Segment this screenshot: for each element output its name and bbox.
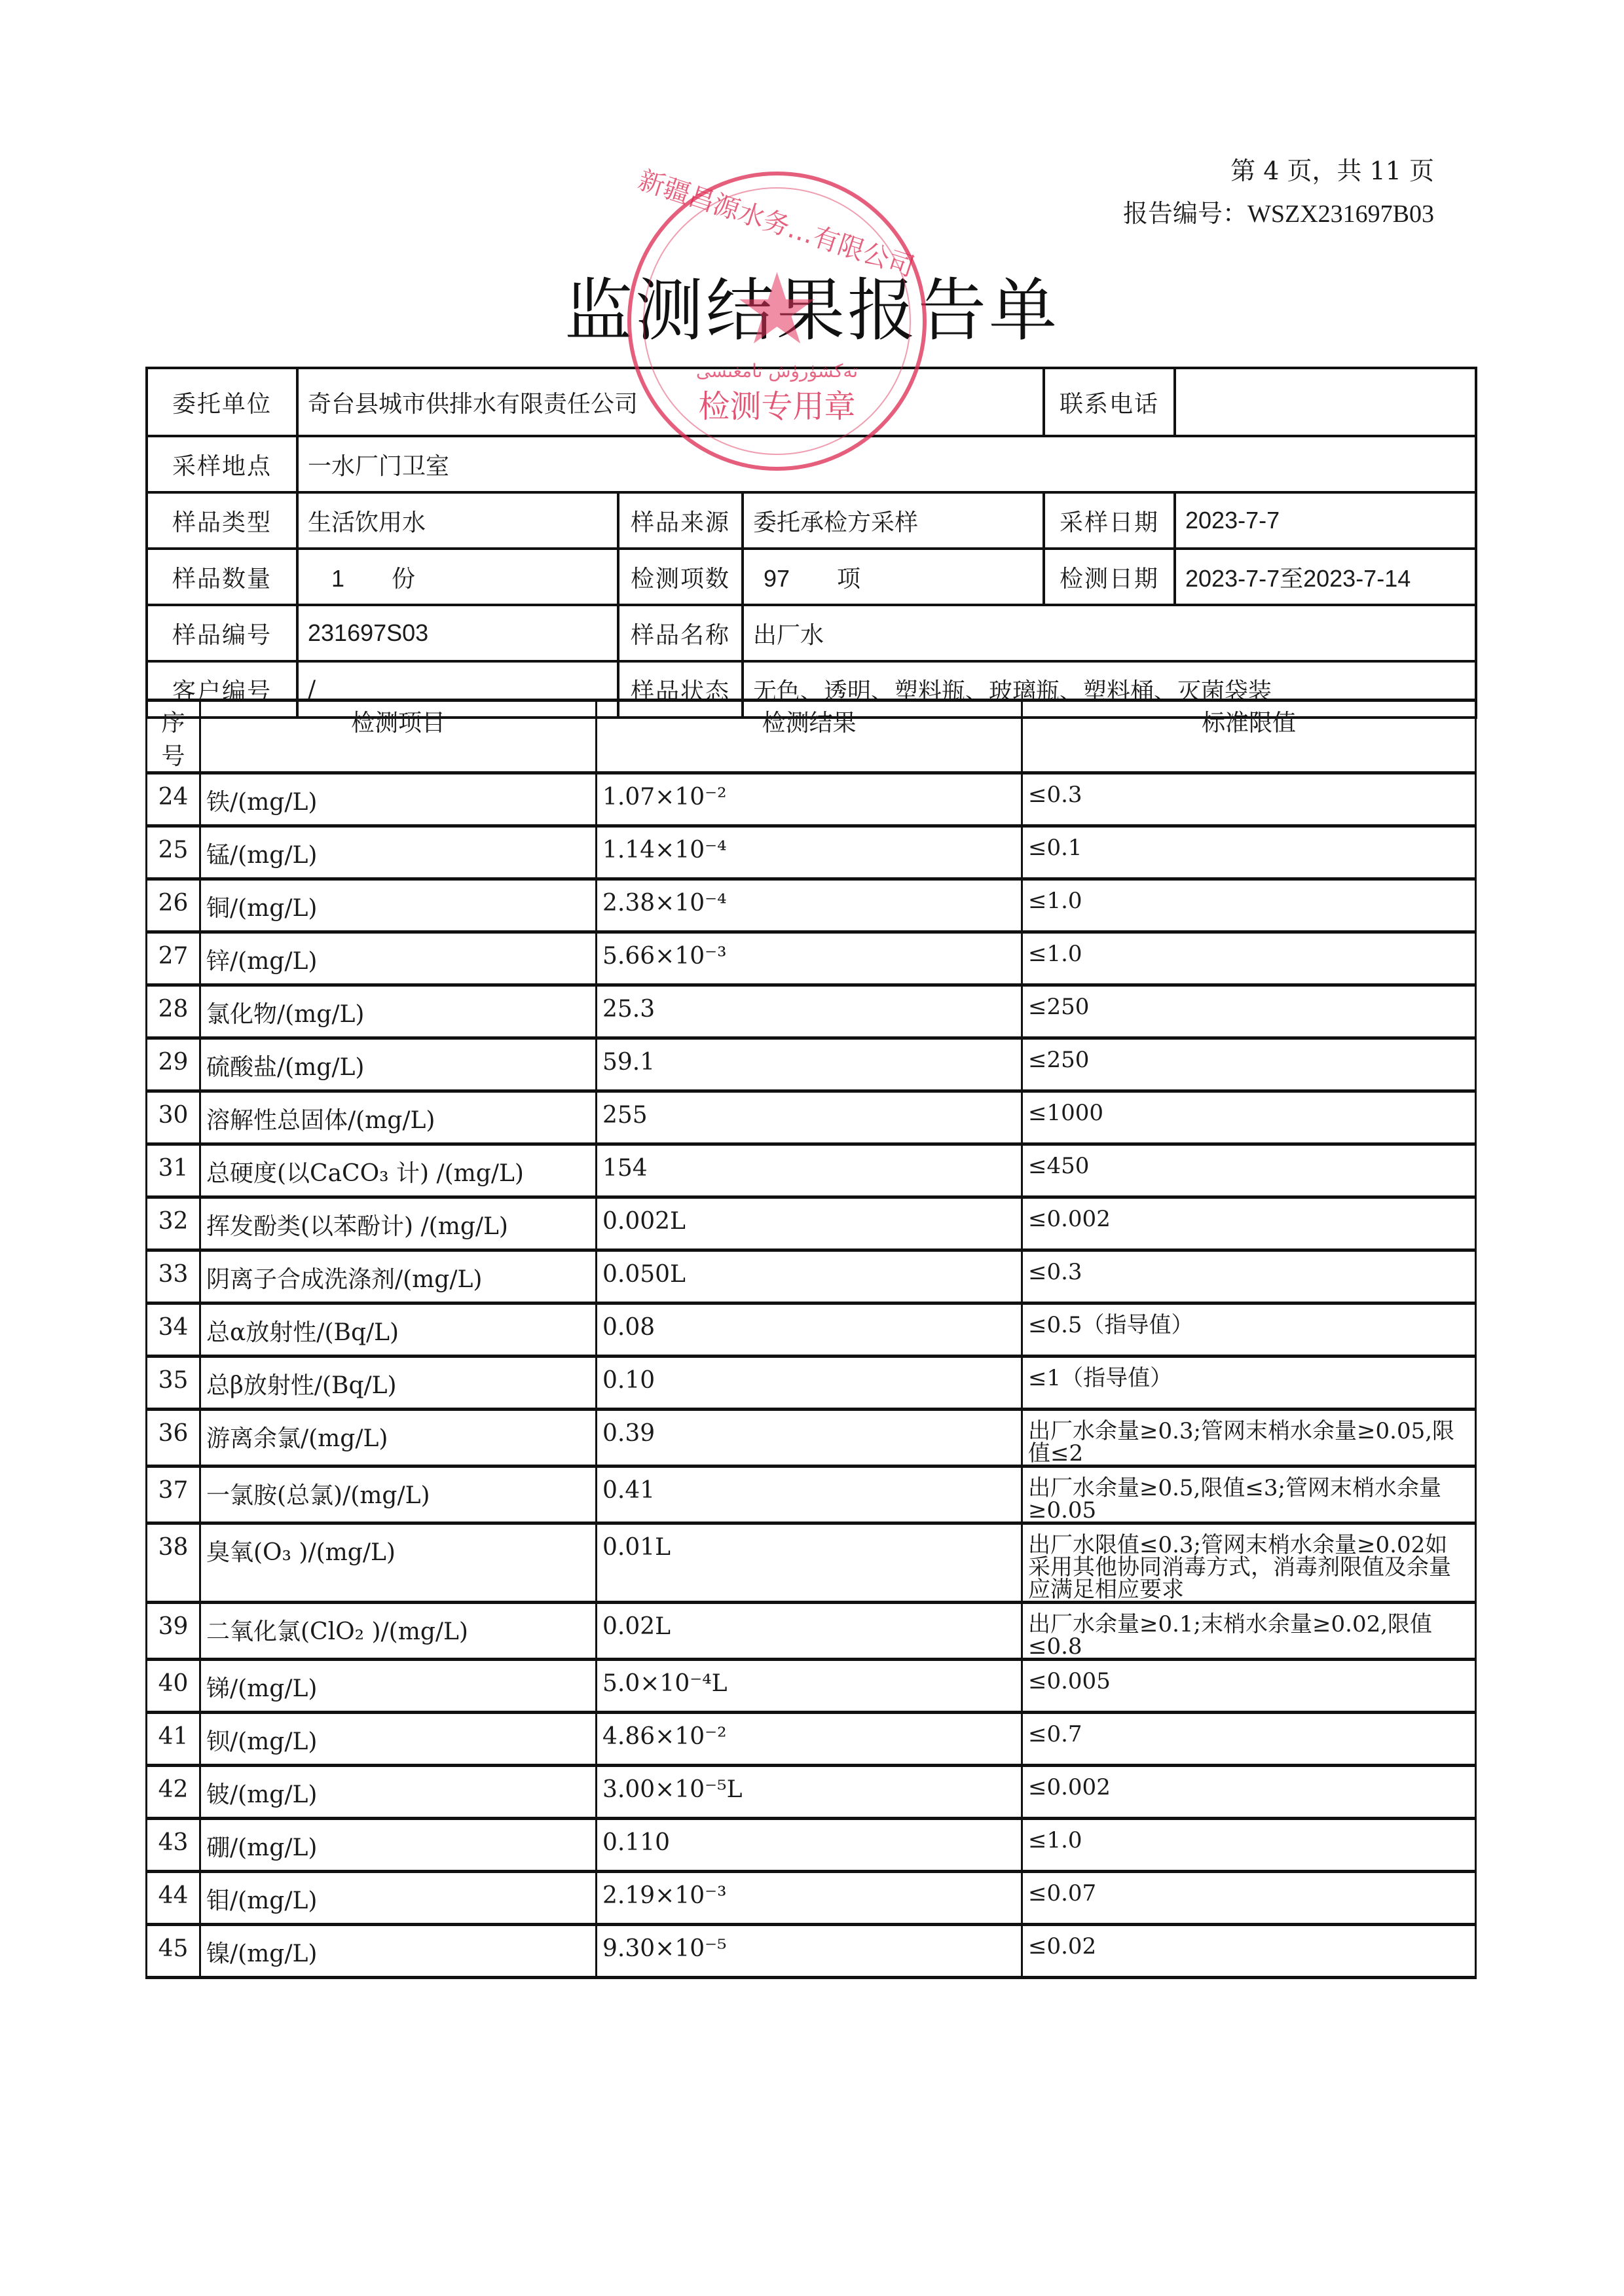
sample-name-value: 出厂水 <box>743 605 1476 661</box>
items-value: 97 项 <box>743 549 1044 605</box>
client-label: 委托单位 <box>147 368 297 436</box>
standard-limit: ≤0.005 <box>1022 1660 1476 1713</box>
test-result: 5.0×10⁻⁴L <box>597 1660 1022 1713</box>
table-row: 35总β放射性/(Bq/L)0.10≤1（指导值） <box>147 1357 1476 1410</box>
report-number-label: 报告编号： <box>1123 199 1247 228</box>
row-number: 34 <box>147 1303 200 1357</box>
site-value: 一水厂门卫室 <box>297 436 1476 492</box>
column-header-limit: 标准限值 <box>1022 701 1476 773</box>
standard-limit: ≤0.7 <box>1022 1713 1476 1766</box>
sample-info-table: 委托单位 奇台县城市供排水有限责任公司 联系电话 采样地点 一水厂门卫室 样品类… <box>145 367 1477 719</box>
table-row: 34总α放射性/(Bq/L)0.08≤0.5（指导值） <box>147 1303 1476 1357</box>
items-label: 检测项数 <box>618 549 743 605</box>
row-number: 36 <box>147 1410 200 1467</box>
test-item: 挥发酚类(以苯酚计) /(mg/L) <box>200 1197 597 1250</box>
test-item: 铜/(mg/L) <box>200 879 597 932</box>
test-result: 5.66×10⁻³ <box>597 932 1022 985</box>
info-row-type: 样品类型 生活饮用水 样品来源 委托承检方采样 采样日期 2023-7-7 <box>147 492 1476 549</box>
standard-limit: ≤0.002 <box>1022 1197 1476 1250</box>
results-table: 序号 检测项目 检测结果 标准限值 24铁/(mg/L)1.07×10⁻²≤0.… <box>145 699 1477 1979</box>
row-number: 33 <box>147 1250 200 1303</box>
row-number: 38 <box>147 1523 200 1603</box>
row-number: 44 <box>147 1872 200 1925</box>
test-result: 154 <box>597 1144 1022 1197</box>
test-result: 59.1 <box>597 1038 1022 1091</box>
row-number: 39 <box>147 1603 200 1660</box>
row-number: 45 <box>147 1925 200 1978</box>
table-row: 28氯化物/(mg/L)25.3≤250 <box>147 985 1476 1038</box>
row-number: 24 <box>147 773 200 826</box>
site-label: 采样地点 <box>147 436 297 492</box>
test-result: 0.02L <box>597 1603 1022 1660</box>
sample-name-label: 样品名称 <box>618 605 743 661</box>
test-item: 铁/(mg/L) <box>200 773 597 826</box>
table-row: 24铁/(mg/L)1.07×10⁻²≤0.3 <box>147 773 1476 826</box>
table-row: 25锰/(mg/L)1.14×10⁻⁴≤0.1 <box>147 826 1476 879</box>
test-result: 0.110 <box>597 1819 1022 1872</box>
test-result: 255 <box>597 1091 1022 1144</box>
table-row: 32挥发酚类(以苯酚计) /(mg/L)0.002L≤0.002 <box>147 1197 1476 1250</box>
row-number: 31 <box>147 1144 200 1197</box>
table-row: 26铜/(mg/L)2.38×10⁻⁴≤1.0 <box>147 879 1476 932</box>
info-row-site: 采样地点 一水厂门卫室 <box>147 436 1476 492</box>
type-value: 生活饮用水 <box>297 492 618 549</box>
table-row: 44钼/(mg/L)2.19×10⁻³≤0.07 <box>147 1872 1476 1925</box>
standard-limit: ≤0.1 <box>1022 826 1476 879</box>
row-number: 27 <box>147 932 200 985</box>
info-row-client: 委托单位 奇台县城市供排水有限责任公司 联系电话 <box>147 368 1476 436</box>
test-result: 2.19×10⁻³ <box>597 1872 1022 1925</box>
row-number: 41 <box>147 1713 200 1766</box>
client-value: 奇台县城市供排水有限责任公司 <box>297 368 1044 436</box>
sample-date-label: 采样日期 <box>1044 492 1175 549</box>
test-date-label: 检测日期 <box>1044 549 1175 605</box>
test-result: 0.39 <box>597 1410 1022 1467</box>
standard-limit: ≤0.5（指导值） <box>1022 1303 1476 1357</box>
table-row: 29硫酸盐/(mg/L)59.1≤250 <box>147 1038 1476 1091</box>
type-label: 样品类型 <box>147 492 297 549</box>
source-value: 委托承检方采样 <box>743 492 1044 549</box>
row-number: 43 <box>147 1819 200 1872</box>
row-number: 30 <box>147 1091 200 1144</box>
column-header-no: 序号 <box>147 701 200 773</box>
standard-limit: ≤1.0 <box>1022 932 1476 985</box>
test-result: 1.14×10⁻⁴ <box>597 826 1022 879</box>
table-row: 27锌/(mg/L)5.66×10⁻³≤1.0 <box>147 932 1476 985</box>
standard-limit: ≤0.02 <box>1022 1925 1476 1978</box>
column-header-result: 检测结果 <box>597 701 1022 773</box>
quantity-label: 样品数量 <box>147 549 297 605</box>
row-number: 42 <box>147 1766 200 1819</box>
test-item: 锌/(mg/L) <box>200 932 597 985</box>
standard-limit: ≤1000 <box>1022 1091 1476 1144</box>
test-result: 0.050L <box>597 1250 1022 1303</box>
sample-no-value: 231697S03 <box>297 605 618 661</box>
test-result: 0.01L <box>597 1523 1022 1603</box>
test-result: 0.002L <box>597 1197 1022 1250</box>
standard-limit: ≤450 <box>1022 1144 1476 1197</box>
standard-limit: 出厂水余量≥0.5,限值≤3;管网末梢水余量≥0.05 <box>1022 1467 1476 1523</box>
test-item: 总硬度(以CaCO₃ 计) /(mg/L) <box>200 1144 597 1197</box>
test-result: 0.08 <box>597 1303 1022 1357</box>
test-result: 1.07×10⁻² <box>597 773 1022 826</box>
table-row: 31总硬度(以CaCO₃ 计) /(mg/L)154≤450 <box>147 1144 1476 1197</box>
table-row: 45镍/(mg/L)9.30×10⁻⁵≤0.02 <box>147 1925 1476 1978</box>
page-number: 第 4 页，共 11 页 <box>1230 151 1434 187</box>
document-title: 监测结果报告单 <box>0 255 1624 354</box>
results-header-row: 序号 检测项目 检测结果 标准限值 <box>147 701 1476 773</box>
standard-limit: ≤1（指导值） <box>1022 1357 1476 1410</box>
standard-limit: ≤0.002 <box>1022 1766 1476 1819</box>
test-item: 总α放射性/(Bq/L) <box>200 1303 597 1357</box>
table-row: 43硼/(mg/L)0.110≤1.0 <box>147 1819 1476 1872</box>
test-item: 二氧化氯(ClO₂ )/(mg/L) <box>200 1603 597 1660</box>
test-item: 铍/(mg/L) <box>200 1766 597 1819</box>
standard-limit: ≤250 <box>1022 1038 1476 1091</box>
test-item: 氯化物/(mg/L) <box>200 985 597 1038</box>
test-item: 阴离子合成洗涤剂/(mg/L) <box>200 1250 597 1303</box>
test-item: 臭氧(O₃ )/(mg/L) <box>200 1523 597 1603</box>
quantity-value: 1 份 <box>297 549 618 605</box>
table-row: 38臭氧(O₃ )/(mg/L)0.01L出厂水限值≤0.3;管网末梢水余量≥0… <box>147 1523 1476 1603</box>
row-number: 37 <box>147 1467 200 1523</box>
table-row: 41钡/(mg/L)4.86×10⁻²≤0.7 <box>147 1713 1476 1766</box>
standard-limit: ≤1.0 <box>1022 1819 1476 1872</box>
table-row: 42铍/(mg/L)3.00×10⁻⁵L≤0.002 <box>147 1766 1476 1819</box>
test-item: 钡/(mg/L) <box>200 1713 597 1766</box>
test-item: 钼/(mg/L) <box>200 1872 597 1925</box>
table-row: 30溶解性总固体/(mg/L)255≤1000 <box>147 1091 1476 1144</box>
sample-date-value: 2023-7-7 <box>1175 492 1476 549</box>
phone-label: 联系电话 <box>1044 368 1175 436</box>
info-row-sample-no: 样品编号 231697S03 样品名称 出厂水 <box>147 605 1476 661</box>
test-item: 一氯胺(总氯)/(mg/L) <box>200 1467 597 1523</box>
report-number: 报告编号：WSZX231697B03 <box>1123 193 1434 229</box>
test-item: 锑/(mg/L) <box>200 1660 597 1713</box>
phone-value <box>1175 368 1476 436</box>
sample-no-label: 样品编号 <box>147 605 297 661</box>
row-number: 40 <box>147 1660 200 1713</box>
standard-limit: 出厂水余量≥0.1;末梢水余量≥0.02,限值≤0.8 <box>1022 1603 1476 1660</box>
test-result: 0.10 <box>597 1357 1022 1410</box>
test-item: 硫酸盐/(mg/L) <box>200 1038 597 1091</box>
row-number: 26 <box>147 879 200 932</box>
test-item: 硼/(mg/L) <box>200 1819 597 1872</box>
test-result: 2.38×10⁻⁴ <box>597 879 1022 932</box>
test-date-value: 2023-7-7至2023-7-14 <box>1175 549 1476 605</box>
standard-limit: 出厂水余量≥0.3;管网末梢水余量≥0.05,限值≤2 <box>1022 1410 1476 1467</box>
column-header-item: 检测项目 <box>200 701 597 773</box>
table-row: 37一氯胺(总氯)/(mg/L)0.41出厂水余量≥0.5,限值≤3;管网末梢水… <box>147 1467 1476 1523</box>
standard-limit: ≤250 <box>1022 985 1476 1038</box>
table-row: 33阴离子合成洗涤剂/(mg/L)0.050L≤0.3 <box>147 1250 1476 1303</box>
table-row: 39二氧化氯(ClO₂ )/(mg/L)0.02L出厂水余量≥0.1;末梢水余量… <box>147 1603 1476 1660</box>
row-number: 29 <box>147 1038 200 1091</box>
source-label: 样品来源 <box>618 492 743 549</box>
row-number: 32 <box>147 1197 200 1250</box>
standard-limit: ≤0.07 <box>1022 1872 1476 1925</box>
table-row: 40锑/(mg/L)5.0×10⁻⁴L≤0.005 <box>147 1660 1476 1713</box>
test-result: 4.86×10⁻² <box>597 1713 1022 1766</box>
row-number: 25 <box>147 826 200 879</box>
test-result: 0.41 <box>597 1467 1022 1523</box>
row-number: 28 <box>147 985 200 1038</box>
standard-limit: ≤0.3 <box>1022 773 1476 826</box>
test-result: 9.30×10⁻⁵ <box>597 1925 1022 1978</box>
test-item: 镍/(mg/L) <box>200 1925 597 1978</box>
report-number-value: WSZX231697B03 <box>1247 200 1434 228</box>
info-row-quantity: 样品数量 1 份 检测项数 97 项 检测日期 2023-7-7至2023-7-… <box>147 549 1476 605</box>
test-item: 溶解性总固体/(mg/L) <box>200 1091 597 1144</box>
table-row: 36游离余氯/(mg/L)0.39出厂水余量≥0.3;管网末梢水余量≥0.05,… <box>147 1410 1476 1467</box>
test-item: 锰/(mg/L) <box>200 826 597 879</box>
test-item: 总β放射性/(Bq/L) <box>200 1357 597 1410</box>
test-result: 25.3 <box>597 985 1022 1038</box>
row-number: 35 <box>147 1357 200 1410</box>
test-item: 游离余氯/(mg/L) <box>200 1410 597 1467</box>
standard-limit: 出厂水限值≤0.3;管网末梢水余量≥0.02如采用其他协同消毒方式，消毒剂限值及… <box>1022 1523 1476 1603</box>
standard-limit: ≤0.3 <box>1022 1250 1476 1303</box>
standard-limit: ≤1.0 <box>1022 879 1476 932</box>
test-result: 3.00×10⁻⁵L <box>597 1766 1022 1819</box>
